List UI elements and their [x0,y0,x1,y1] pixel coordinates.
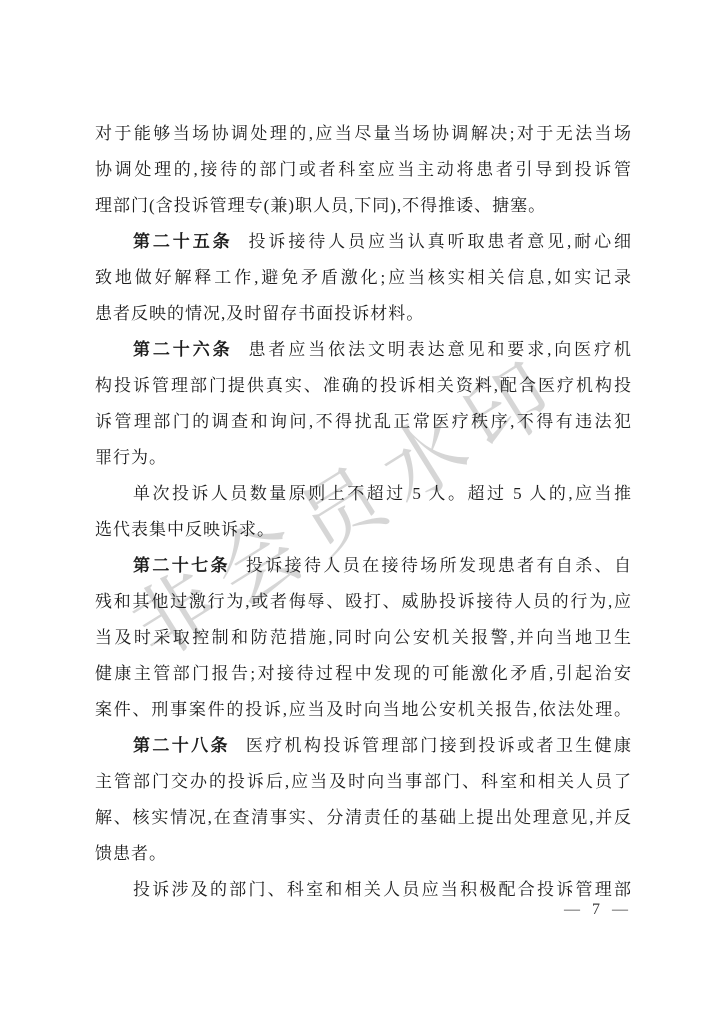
page-footer: — 7 — [0,901,632,919]
text-line: 理部门(含投诉管理专(兼)职人员,下同),不得推诿、搪塞。 [95,188,632,224]
paragraph: 第二十六条患者应当依法文明表达意见和要求,向医疗机构投诉管理部门提供真实、准确的… [95,332,632,476]
text-line: 第二十六条患者应当依法文明表达意见和要求,向医疗机 [95,332,632,368]
text-line: 残和其他过激行为,或者侮辱、殴打、威胁投诉接待人员的行为,应 [95,584,632,620]
text-line: 馈患者。 [95,836,632,872]
text-segment: 健康主管部门报告;对接待过程中发现的可能激化矛盾,引起治安 [95,664,632,683]
article-number-heading: 第二十八条 [133,736,230,755]
text-line: 第二十八条医疗机构投诉管理部门接到投诉或者卫生健康 [95,728,632,764]
page-number: — 7 — [564,901,632,919]
text-segment: 案件、刑事案件的投诉,应当及时向当地公安机关报告,依法处理。 [95,700,632,719]
text-segment: 患者反映的情况,及时留存书面投诉材料。 [95,304,424,323]
article-number-heading: 第二十七条 [133,556,230,575]
text-line: 构投诉管理部门提供真实、准确的投诉相关资料,配合医疗机构投 [95,368,632,404]
document-content: 对于能够当场协调处理的,应当尽量当场协调解决;对于无法当场协调处理的,接待的部门… [95,116,632,908]
text-segment: 致地做好解释工作,避免矛盾激化;应当核实相关信息,如实记录 [95,268,632,287]
text-line: 单次投诉人员数量原则上不超过 5 人。超过 5 人的,应当推 [95,476,632,512]
article-number-heading: 第二十五条 [133,232,233,251]
document-page: 非会员水印 对于能够当场协调处理的,应当尽量当场协调解决;对于无法当场协调处理的… [0,0,720,1009]
text-segment: 诉管理部门的调查和询问,不得扰乱正常医疗秩序,不得有违法犯 [95,412,632,431]
paragraph: 第二十八条医疗机构投诉管理部门接到投诉或者卫生健康主管部门交办的投诉后,应当及时… [95,728,632,872]
text-line: 对于能够当场协调处理的,应当尽量当场协调解决;对于无法当场 [95,116,632,152]
text-segment: 医疗机构投诉管理部门接到投诉或者卫生健康 [246,736,632,755]
text-segment: 患者应当依法文明表达意见和要求,向医疗机 [249,340,632,359]
text-line: 当及时采取控制和防范措施,同时向公安机关报警,并向当地卫生 [95,620,632,656]
paragraph: 对于能够当场协调处理的,应当尽量当场协调解决;对于无法当场协调处理的,接待的部门… [95,116,632,224]
text-segment: 协调处理的,接待的部门或者科室应当主动将患者引导到投诉管 [95,160,632,179]
text-line: 主管部门交办的投诉后,应当及时向当事部门、科室和相关人员了 [95,764,632,800]
text-segment: 当及时采取控制和防范措施,同时向公安机关报警,并向当地卫生 [95,628,632,647]
text-line: 第二十七条投诉接待人员在接待场所发现患者有自杀、自 [95,548,632,584]
text-segment: 单次投诉人员数量原则上不超过 5 人。超过 5 人的,应当推 [133,484,632,503]
text-line: 解、核实情况,在查清事实、分清责任的基础上提出处理意见,并反 [95,800,632,836]
article-number-heading: 第二十六条 [133,340,233,359]
text-segment: 对于能够当场协调处理的,应当尽量当场协调解决;对于无法当场 [95,124,632,143]
text-line: 患者反映的情况,及时留存书面投诉材料。 [95,296,632,332]
text-segment: 理部门(含投诉管理专(兼)职人员,下同),不得推诿、搪塞。 [95,196,546,215]
text-line: 协调处理的,接待的部门或者科室应当主动将患者引导到投诉管 [95,152,632,188]
text-segment: 投诉涉及的部门、科室和相关人员应当积极配合投诉管理部 [133,880,632,899]
paragraph: 单次投诉人员数量原则上不超过 5 人。超过 5 人的,应当推选代表集中反映诉求。 [95,476,632,548]
paragraph: 第二十五条投诉接待人员应当认真听取患者意见,耐心细致地做好解释工作,避免矛盾激化… [95,224,632,332]
text-segment: 残和其他过激行为,或者侮辱、殴打、威胁投诉接待人员的行为,应 [95,592,632,611]
text-line: 罪行为。 [95,440,632,476]
text-segment: 构投诉管理部门提供真实、准确的投诉相关资料,配合医疗机构投 [95,376,632,395]
text-line: 案件、刑事案件的投诉,应当及时向当地公安机关报告,依法处理。 [95,692,632,728]
text-line: 选代表集中反映诉求。 [95,512,632,548]
paragraph: 第二十七条投诉接待人员在接待场所发现患者有自杀、自残和其他过激行为,或者侮辱、殴… [95,548,632,728]
text-segment: 投诉接待人员应当认真听取患者意见,耐心细 [249,232,632,251]
text-segment: 选代表集中反映诉求。 [95,520,275,539]
text-segment: 主管部门交办的投诉后,应当及时向当事部门、科室和相关人员了 [95,772,632,791]
text-line: 健康主管部门报告;对接待过程中发现的可能激化矛盾,引起治安 [95,656,632,692]
text-line: 致地做好解释工作,避免矛盾激化;应当核实相关信息,如实记录 [95,260,632,296]
text-segment: 解、核实情况,在查清事实、分清责任的基础上提出处理意见,并反 [95,808,632,827]
text-segment: 馈患者。 [95,844,167,863]
text-line: 诉管理部门的调查和询问,不得扰乱正常医疗秩序,不得有违法犯 [95,404,632,440]
text-line: 第二十五条投诉接待人员应当认真听取患者意见,耐心细 [95,224,632,260]
text-segment: 罪行为。 [95,448,167,467]
text-segment: 投诉接待人员在接待场所发现患者有自杀、自 [246,556,632,575]
